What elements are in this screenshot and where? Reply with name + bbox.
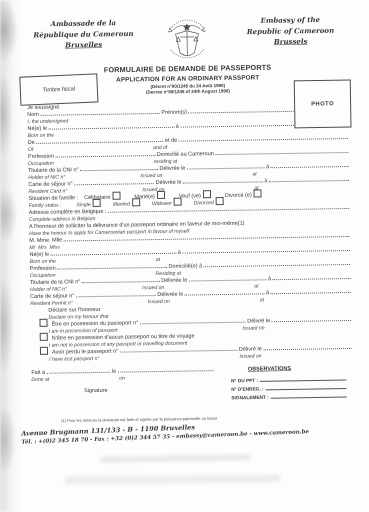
fiscal-stamp-box: Timbre fiscal [19, 73, 98, 105]
field-label: Titulaire de la CNI n° [28, 167, 79, 174]
field-label: I have lost passport n° [49, 356, 100, 362]
dotted-field [47, 371, 111, 374]
checkbox [39, 319, 47, 327]
field-label: Married [113, 201, 130, 207]
checkbox [157, 191, 165, 199]
field-label: Avoir perdu le passeport n° [52, 348, 118, 355]
field-label: Titulaire de la CNI n° [30, 279, 81, 286]
field-label: Domicilié(e) à [168, 263, 202, 270]
on-label-fr: le [112, 368, 116, 374]
field-label: Profession [28, 153, 54, 159]
field-label: Déclare sur l'honneur [48, 306, 100, 313]
letterhead: Ambassade de laRépublique du CamerounBru… [26, 8, 349, 66]
field-label: Domicilié au Cameroun [157, 151, 214, 158]
field-label: Of [28, 147, 33, 153]
field-label: Délivrée le [159, 165, 185, 171]
field-label: Né(e) le [29, 251, 49, 257]
checkbox [40, 347, 48, 355]
field-label: at [254, 283, 258, 289]
field-label: Issued on [140, 173, 162, 179]
field-label: De [28, 139, 35, 145]
observations-rows: N° DU PPT :N° D'ENREG. :SIGNALEMENT : [231, 373, 354, 400]
paper-page: Ambassade de laRépublique du CamerounBru… [0, 0, 369, 512]
field-label: Issued on [148, 299, 170, 305]
field-label: à [266, 164, 269, 170]
field-label: at [156, 257, 160, 263]
scan-smudge [65, 475, 280, 484]
field-label: et de [165, 137, 177, 143]
observation-label: SIGNALEMENT : [231, 395, 269, 401]
field-label: Délivrée le [161, 277, 187, 283]
field-label: à [178, 249, 181, 255]
field-label: Issued on [239, 353, 261, 359]
photo-box: PHOTO [294, 79, 352, 128]
field-label: Situation de famille : [29, 195, 79, 202]
form-content: Ambassade de laRépublique du CamerounBru… [26, 8, 355, 441]
field-label: Veuf (ve) [179, 193, 201, 199]
field-label: à [176, 123, 179, 129]
scanned-document: Ambassade de laRépublique du CamerounBru… [0, 0, 369, 512]
field-label: Residing at [155, 271, 181, 277]
field-label: à [266, 290, 269, 296]
field-label: Issued on [142, 285, 164, 291]
field-label: Holder of NIC n° [28, 174, 65, 180]
field-label: Divorced [194, 200, 214, 206]
header-right-script: Embassy of theRepublic of CameroonBrusse… [233, 14, 348, 48]
attestation-row: Fait à le Done at on Signature OBSERVATI… [31, 363, 354, 404]
checkbox [40, 333, 48, 341]
done-at-line-en: Done at on [31, 373, 215, 383]
field-label: and of [153, 145, 167, 151]
field-label: à [268, 276, 271, 282]
script-line: Bruxelles [26, 39, 141, 52]
field-label: Issued on [242, 325, 264, 331]
field-label: Widower [152, 201, 172, 207]
checkbox [203, 190, 211, 198]
field-label: Né(e) le [27, 125, 47, 131]
field-label: Holder of NIC n° [30, 286, 67, 292]
field-label: I, the undersigned [27, 118, 68, 124]
done-at-label-fr: Fait à [31, 369, 45, 375]
field-label: Carte de séjour n° [30, 293, 74, 300]
field-label: Born on the [30, 259, 56, 265]
field-label: Délivrée le [157, 291, 183, 297]
checkbox [254, 189, 262, 197]
checkbox [112, 192, 120, 200]
script-line: Brussels [233, 36, 348, 49]
checkbox [174, 198, 182, 206]
field-label: Occupation [30, 273, 56, 279]
done-at-label-en: Done at [31, 377, 49, 383]
on-label-en: on [119, 376, 125, 382]
field-label: Family status : [29, 203, 62, 209]
form-body: Je soussignéNomPrénom(s)I, the undersign… [27, 98, 353, 362]
field-label: at [260, 297, 264, 303]
field-label: Carte de séjour n° [28, 181, 72, 188]
field-label: at [252, 171, 256, 177]
checkbox [216, 197, 224, 205]
field-label: M. Mme. Mlle [29, 237, 62, 244]
header-left-script: Ambassade de laRépublique du CamerounBru… [26, 18, 141, 52]
field-label: Mr Mrs Miss [29, 245, 60, 251]
field-label: Adresse complète en Belgique : [29, 208, 107, 215]
attestation-block: Fait à le Done at on Signature [31, 366, 215, 404]
field-label: residing at [154, 159, 178, 165]
field-label: Délivré le [239, 346, 262, 352]
field-label: Declare on my honour that [48, 314, 108, 320]
observations-block: OBSERVATIONS N° DU PPT :N° D'ENREG. :SIG… [231, 363, 354, 400]
field-label: Délivré le [247, 318, 270, 324]
signature-label: Signature [32, 386, 161, 394]
field-label: I am in possession of passport [49, 328, 118, 335]
field-label: à [264, 178, 267, 184]
spacer [49, 381, 119, 382]
field-label: Single [76, 202, 90, 208]
scan-smudge [100, 455, 250, 463]
field-label: Born on the [28, 133, 54, 139]
spacer [100, 359, 240, 361]
observation-label: N° DU PPT : [231, 378, 258, 384]
field-label: Resident Permit n° [30, 300, 73, 306]
checkbox [93, 199, 101, 207]
observation-underline [271, 397, 347, 399]
field-label: Prénom(s) [161, 109, 187, 115]
field-label: Délivrée le [156, 179, 182, 185]
observation-label: N° D'ENREG. : [231, 386, 263, 392]
field-label: Occupation [28, 161, 54, 167]
checkbox [132, 198, 140, 206]
field-label: Complete address in Belgium [29, 216, 96, 223]
coat-of-arms-emblem [161, 12, 214, 65]
field-label: Nom [27, 111, 39, 117]
field-label: Resident Card n° [28, 188, 67, 194]
observations-title: OBSERVATIONS [248, 364, 353, 372]
field-label: Profession [30, 265, 56, 271]
field-label: Divorcé (e) [225, 192, 252, 198]
